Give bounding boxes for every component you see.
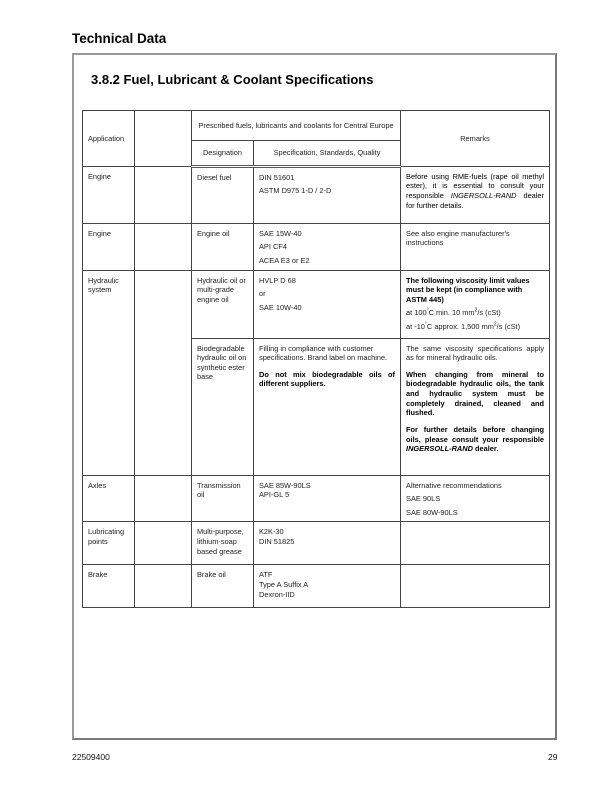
spec-line: DIN 51601 [259, 173, 395, 183]
cell-blank [135, 223, 192, 270]
viscosity-note: The following viscosity limit values mus… [406, 276, 544, 305]
cell-specification: ATF Type A Suffix A Dexron-IID [254, 565, 401, 608]
brand-name: INGERSOLL-RAND [451, 191, 517, 200]
cell-application: Engine [83, 223, 135, 270]
viscosity-line-1: at 100°C min. 10 mm2/s (cSt) [406, 308, 544, 318]
cell-designation: Transmission oil [192, 475, 254, 522]
page-number: 29 [548, 752, 557, 762]
page-header-title: Technical Data [72, 31, 166, 46]
header-designation: Designation [192, 141, 254, 167]
cell-remarks [401, 565, 550, 608]
spec-line: API CF4 [259, 242, 395, 252]
remark-paragraph: The same viscosity specifications apply … [406, 344, 544, 363]
table-row: Engine Diesel fuel DIN 51601 ASTM D975 1… [83, 166, 550, 223]
cell-remarks [401, 522, 550, 565]
cell-designation: Diesel fuel [192, 166, 254, 223]
spec-line: or [259, 289, 395, 299]
spec-warning: Do not mix biodegradable oils of differe… [259, 370, 395, 389]
cell-specification: DIN 51601 ASTM D975 1-D / 2-D [254, 166, 401, 223]
viscosity-line-2: at -10°C approx. 1,500 mm2/s (cSt) [406, 322, 544, 332]
remark-line: Alternative recommendations [406, 481, 544, 491]
spec-line: Dexron-IID [259, 590, 395, 600]
cell-remarks: The same viscosity specifications apply … [401, 338, 550, 475]
header-application: Application [83, 111, 135, 167]
cell-designation: Multi-purpose, lithium-soap based grease [192, 522, 254, 565]
spec-line: ACEA E3 or E2 [259, 256, 395, 266]
cell-blank [135, 166, 192, 223]
spec-line: Type A Suffix A [259, 580, 395, 590]
cell-specification: SAE 15W-40 API CF4 ACEA E3 or E2 [254, 223, 401, 270]
remark-line: SAE 90LS [406, 494, 544, 504]
spec-line: ASTM D975 1-D / 2-D [259, 186, 395, 196]
header-prescribed: Prescribed fuels, lubricants and coolant… [192, 111, 401, 141]
cell-remarks: The following viscosity limit values mus… [401, 270, 550, 338]
cell-specification: HVLP D 68 or SAE 10W-40 [254, 270, 401, 338]
cell-blank [135, 475, 192, 522]
remark-paragraph: For further details before changing oils… [406, 425, 544, 454]
cell-blank [135, 565, 192, 608]
table-row: Brake Brake oil ATF Type A Suffix A Dexr… [83, 565, 550, 608]
cell-specification: K2K-30 DIN 51825 [254, 522, 401, 565]
header-blank [135, 111, 192, 167]
specifications-table: Application Prescribed fuels, lubricants… [82, 110, 550, 608]
brand-name: INGERSOLL-RAND [406, 444, 473, 453]
cell-remarks: Before using RME-fuels (rape oil methyl … [401, 166, 550, 223]
spec-line: HVLP D 68 [259, 276, 395, 286]
cell-designation: Biodegradable hydraulic oil on synthetic… [192, 338, 254, 475]
spec-line: API-GL 5 [259, 490, 395, 500]
cell-application: Axles [83, 475, 135, 522]
spec-line: SAE 15W-40 [259, 229, 395, 239]
spec-line: SAE 85W-90LS [259, 481, 395, 491]
cell-blank [135, 270, 192, 475]
header-specification: Specification, Standards, Quality [254, 141, 401, 167]
cell-application: Brake [83, 565, 135, 608]
cell-application: Hydraulic system [83, 270, 135, 475]
cell-specification: SAE 85W-90LS API-GL 5 [254, 475, 401, 522]
spec-line: ATF [259, 570, 395, 580]
table-row: Axles Transmission oil SAE 85W-90LS API-… [83, 475, 550, 522]
cell-designation: Hydraulic oil or multi-grade engine oil [192, 270, 254, 338]
table-row: Engine Engine oil SAE 15W-40 API CF4 ACE… [83, 223, 550, 270]
cell-designation: Engine oil [192, 223, 254, 270]
cell-designation: Brake oil [192, 565, 254, 608]
header-row: Application Prescribed fuels, lubricants… [83, 111, 550, 141]
spec-text: Filling in compliance with customer spec… [259, 344, 395, 363]
cell-remarks: Alternative recommendations SAE 90LS SAE… [401, 475, 550, 522]
spec-line: SAE 10W-40 [259, 303, 395, 313]
cell-remarks: See also engine manufacturer's instructi… [401, 223, 550, 270]
cell-application: Engine [83, 166, 135, 223]
cell-application: Lubricating points [83, 522, 135, 565]
cell-specification: Filling in compliance with customer spec… [254, 338, 401, 475]
spec-line: K2K-30 [259, 527, 395, 537]
remark-paragraph: When changing from mineral to biodegrada… [406, 370, 544, 418]
spec-line: DIN 51825 [259, 537, 395, 547]
document-number: 22509400 [72, 752, 110, 762]
section-title: 3.8.2 Fuel, Lubricant & Coolant Specific… [91, 72, 373, 87]
table-row: Hydraulic system Hydraulic oil or multi-… [83, 270, 550, 338]
cell-blank [135, 522, 192, 565]
header-remarks: Remarks [401, 111, 550, 167]
table-row: Lubricating points Multi-purpose, lithiu… [83, 522, 550, 565]
remark-line: SAE 80W-90LS [406, 508, 544, 518]
